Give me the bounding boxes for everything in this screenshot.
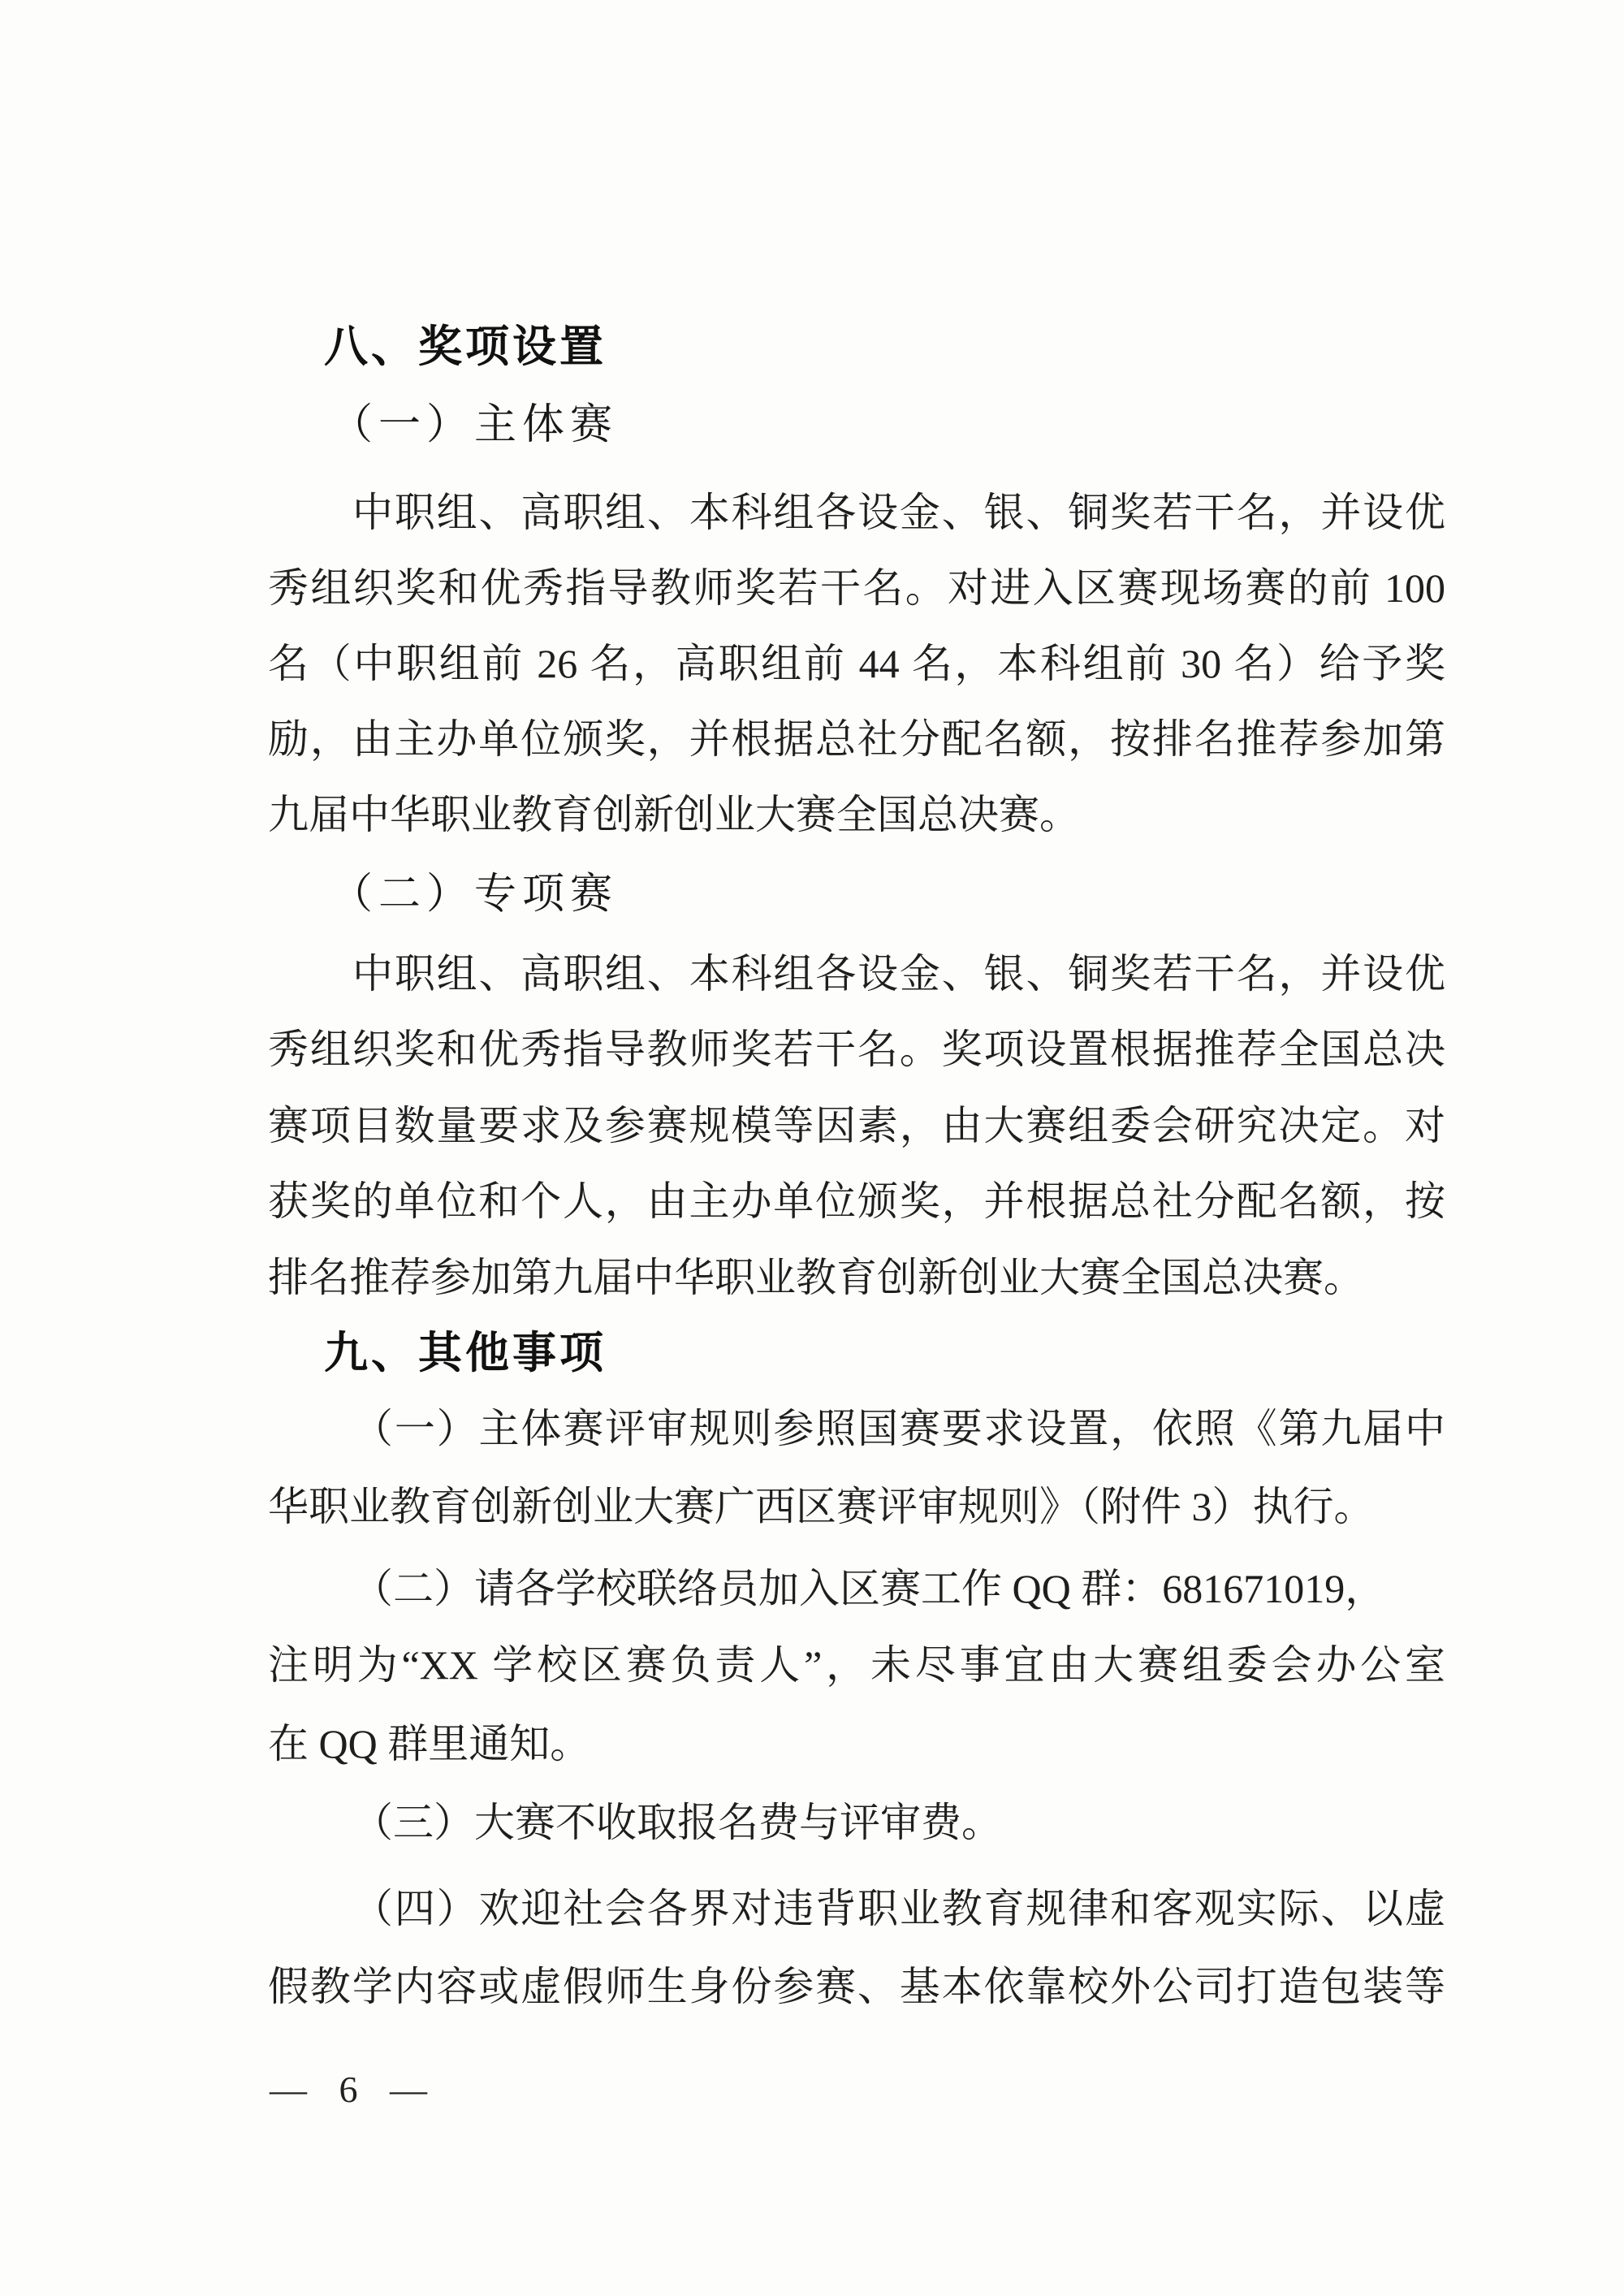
text-line: （四）欢迎社会各界对违背职业教育规律和客观实际、以虚: [352, 1886, 1445, 1935]
text-line: 中职组、高职组、本科组各设金、银、铜奖若干名，并设优: [352, 951, 1445, 1000]
text-line: 中职组、高职组、本科组各设金、银、铜奖若干名，并设优: [352, 490, 1445, 538]
text-line: 赛项目数量要求及参赛规模等因素，由大赛组委会研究决定。对: [268, 1103, 1445, 1152]
text-line: （一）主体赛评审规则参照国赛要求设置，依照《第九届中: [352, 1406, 1445, 1455]
text-line: 名（中职组前 26 名，高职组前 44 名，本科组前 30 名）给予奖: [268, 641, 1445, 690]
text-line: 获奖的单位和个人，由主办单位颁奖，并根据总社分配名额，按: [268, 1178, 1445, 1227]
text-line: 排名推荐参加第九届中华职业教育创新创业大赛全国总决赛。: [268, 1255, 1445, 1304]
text-line: 秀组织奖和优秀指导教师奖若干名。奖项设置根据推荐全国总决: [268, 1027, 1445, 1075]
page-number: — 6 —: [270, 2069, 438, 2110]
scanned-document-page: 八、奖项设置 （一）主体赛 中职组、高职组、本科组各设金、银、铜奖若干名，并设优…: [0, 0, 1624, 2296]
text-line: （三）大赛不收取报名费与评审费。: [352, 1800, 1445, 1848]
text-line: 励，由主办单位颁奖，并根据总社分配名额，按排名推荐参加第: [268, 716, 1445, 765]
subsection-special-contest-heading: （二）专项赛: [330, 872, 618, 921]
text-line: 在 QQ 群里通知。: [268, 1721, 1445, 1770]
text-line: 九届中华职业教育创新创业大赛全国总决赛。: [268, 792, 1445, 841]
text-line: 华职业教育创新创业大赛广西区赛评审规则》（附件 3）执行。: [268, 1484, 1445, 1533]
section-awards-heading: 八、奖项设置: [324, 323, 607, 374]
subsection-main-contest-heading: （一）主体赛: [330, 403, 618, 452]
text-line: 假教学内容或虚假师生身份参赛、基本依靠校外公司打造包装等: [268, 1964, 1445, 2013]
text-line: （二）请各学校联络员加入区赛工作 QQ 群：681671019，: [352, 1566, 1445, 1615]
text-line: 秀组织奖和优秀指导教师奖若干名。对进入区赛现场赛的前 100: [268, 565, 1445, 614]
text-line: 注明为“XX 学校区赛负责人”，未尽事宜由大赛组委会办公室: [268, 1642, 1445, 1691]
section-other-matters-heading: 九、其他事项: [324, 1330, 607, 1380]
